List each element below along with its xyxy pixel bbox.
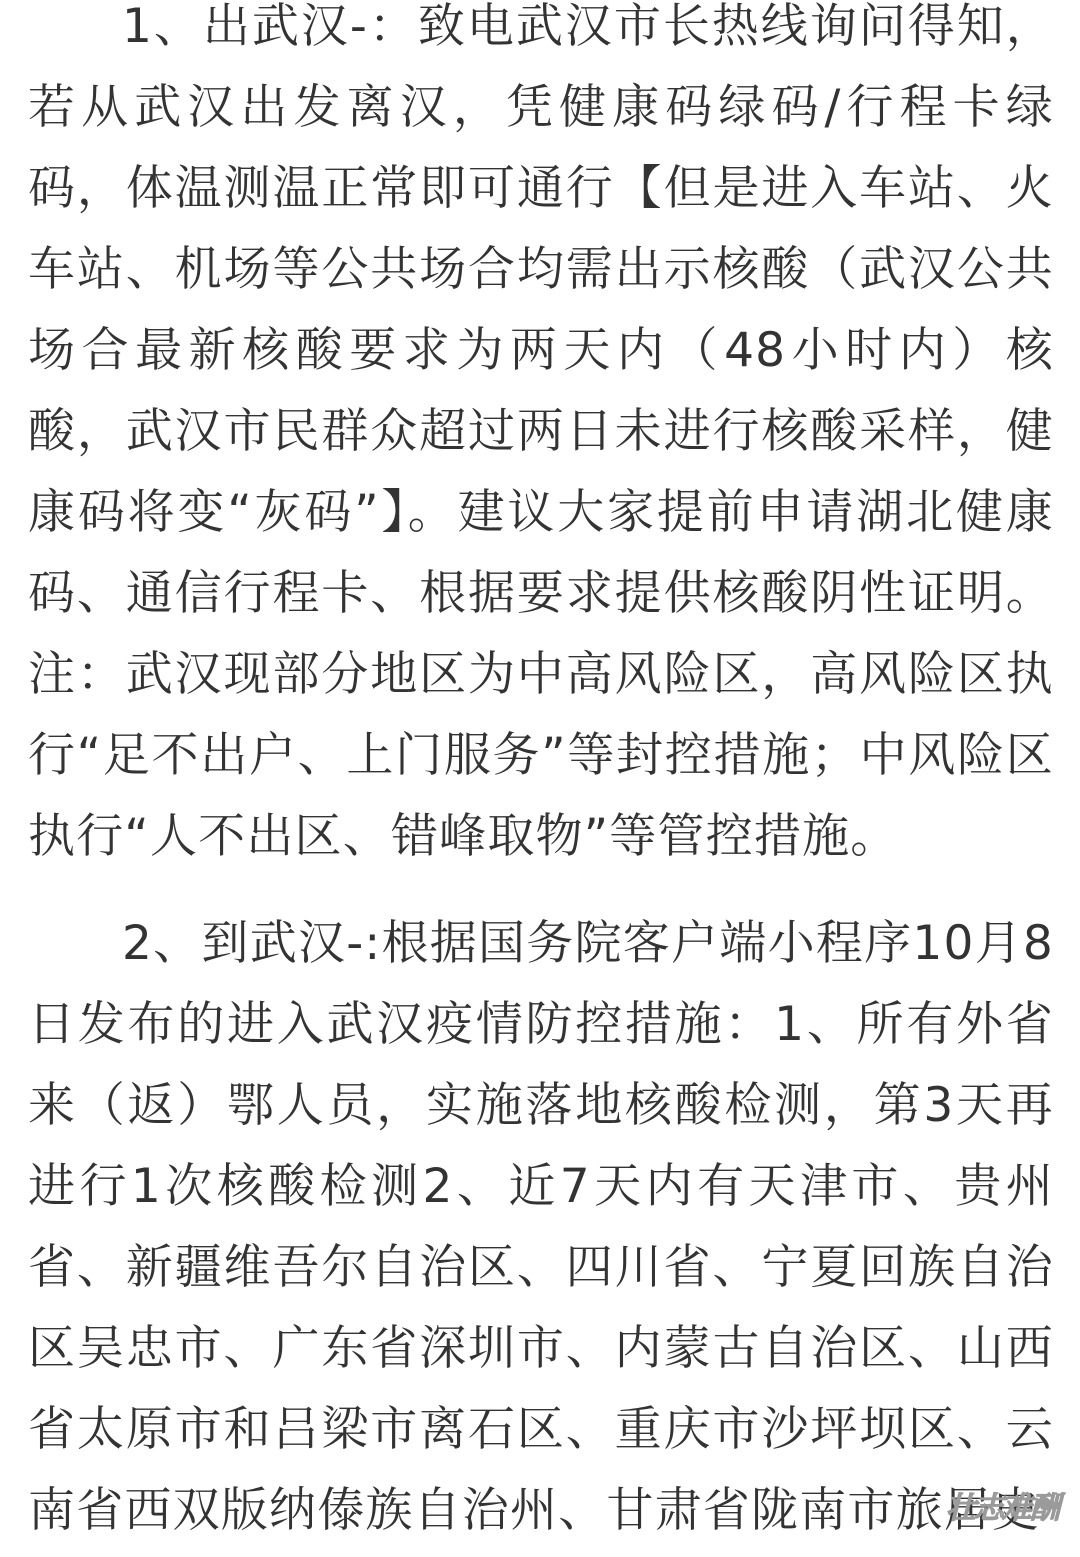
paragraph-arriving-wuhan: 2、到武汉-:根据国务院客户端小程序10月8日发布的进入武汉疫情防控措施：1、所… [28, 903, 1054, 1551]
author-watermark: 壮志难酬 [946, 1483, 1058, 1527]
article-body: 1、出武汉-：致电武汉市长热线询问得知，若从武汉出发离汉，凭健康码绿码/行程卡绿… [28, 0, 1054, 1551]
paragraph-leaving-wuhan: 1、出武汉-：致电武汉市长热线询问得知，若从武汉出发离汉，凭健康码绿码/行程卡绿… [28, 0, 1054, 877]
